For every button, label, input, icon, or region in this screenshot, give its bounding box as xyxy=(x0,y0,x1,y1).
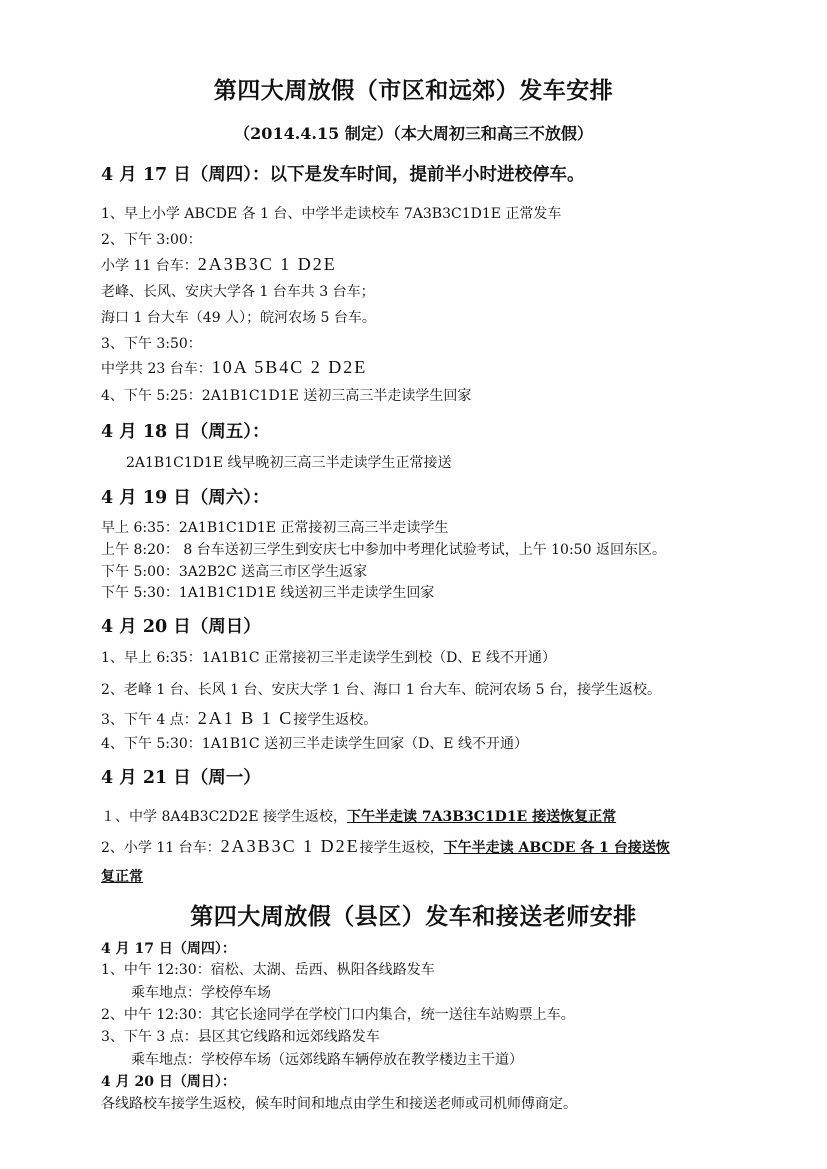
bus-codes: 10A 5B4C 2 D2E xyxy=(212,357,368,377)
line: １、中学 8A4B3C2D2E 接学生返校，下午半走读 7A3B3C1D1E 接… xyxy=(101,806,616,826)
line-label: 小学 11 台车： xyxy=(101,258,198,274)
line: 中学共 23 台车：10A 5B4C 2 D2E xyxy=(101,357,367,378)
line-text: １、中学 8A4B3C2D2E 接学生返校， xyxy=(101,809,347,825)
line: 3、下午 4 点：2A1 B 1 C接学生返校。 xyxy=(101,708,377,729)
bus-codes: 2A1 B 1 C xyxy=(198,708,294,728)
underlined-note: 下午半走读 7A3B3C1D1E 接送恢复正常 xyxy=(347,809,616,825)
line-text: 接学生返校。 xyxy=(293,712,377,728)
heading-apr19: 4 月 19 日（周六）： xyxy=(101,484,270,509)
line: 3、下午 3:50： xyxy=(101,333,202,353)
underlined-note: 下午半走读 ABCDE 各 1 台接送恢 xyxy=(444,840,670,856)
line-label: 中学共 23 台车： xyxy=(101,361,212,377)
line: 乘车地点：学校停车场（远郊线路车辆停放在教学楼边主干道） xyxy=(131,1049,523,1069)
line: 2、小学 11 台车：2A3B3C 1 D2E接学生返校，下午半走读 ABCDE… xyxy=(101,836,670,857)
line: 2A1B1C1D1E 线早晚初三高三半走读学生正常接送 xyxy=(126,452,452,472)
line-text: 接学生返校， xyxy=(360,840,444,856)
line: 4、下午 5:25：2A1B1C1D1E 送初三高三半走读学生回家 xyxy=(101,385,471,405)
line: 老峰、长风、安庆大学各 1 台车共 3 台车； xyxy=(101,281,375,301)
line: 早上 6:35：2A1B1C1D1E 正常接初三高三半走读学生 xyxy=(101,517,448,537)
line: 小学 11 台车：2A3B3C 1 D2E xyxy=(101,254,337,275)
bus-codes: 2A3B3C 1 D2E xyxy=(198,254,337,274)
line: 乘车地点：学校停车场 xyxy=(131,982,271,1002)
line: 4、下午 5:30：1A1B1C 送初三半走读学生回家（D、E 线不开通） xyxy=(101,733,528,753)
line: 1、中午 12:30：宿松、太湖、岳西、枞阳各线路发车 xyxy=(101,959,435,979)
line: 复正常 xyxy=(101,866,143,886)
heading-apr17: 4 月 17 日（周四）：以下是发车时间，提前半小时进校停车。 xyxy=(101,161,585,186)
line-label: 3、下午 4 点： xyxy=(101,712,198,728)
line: 1、早上 6:35：1A1B1C 正常接初三半走读学生到校（D、E 线不开通） xyxy=(101,647,556,667)
line: 各线路校车接学生返校，候车时间和地点由学生和接送老师或司机师傅商定。 xyxy=(101,1093,577,1113)
heading-apr18: 4 月 18 日（周五）： xyxy=(101,418,270,443)
line: 1、早上小学 ABCDE 各 1 台、中学半走读校车 7A3B3C1D1E 正常… xyxy=(101,203,561,223)
line: 上午 8:20： 8 台车送初三学生到安庆七中参加中考理化试验考试，上午 10:… xyxy=(101,539,666,559)
line: 2、中午 12:30：其它长途同学在学校门口内集合，统一送往车站购票上车。 xyxy=(101,1004,575,1024)
heading-apr20: 4 月 20 日（周日） xyxy=(101,613,261,638)
line: 海口 1 台大车（49 人）；皖河农场 5 台车。 xyxy=(101,307,376,327)
line: 下午 5:30：1A1B1C1D1E 线送初三半走读学生回家 xyxy=(101,582,434,602)
line: 3、下午 3 点：县区其它线路和远郊线路发车 xyxy=(101,1026,380,1046)
title-city: 第四大周放假（市区和远郊）发车安排 xyxy=(0,72,827,105)
underlined-note: 复正常 xyxy=(101,869,143,885)
line: 2、下午 3:00： xyxy=(101,229,202,249)
title-county: 第四大周放假（县区）发车和接送老师安排 xyxy=(0,898,827,931)
heading-apr21: 4 月 21 日（周一） xyxy=(101,764,261,789)
heading-county-apr17: 4 月 17 日（周四）： xyxy=(101,938,236,958)
line-label: 2、小学 11 台车： xyxy=(101,840,221,856)
heading-county-apr20: 4 月 20 日（周日）： xyxy=(101,1071,236,1091)
bus-codes: 2A3B3C 1 D2E xyxy=(221,836,360,856)
line: 2、老峰 1 台、长风 1 台、安庆大学 1 台、海口 1 台大车、皖河农场 5… xyxy=(101,679,661,699)
line: 下午 5:00：3A2B2C 送高三市区学生返家 xyxy=(101,561,367,581)
subtitle: （2014.4.15 制定）（本大周初三和高三不放假） xyxy=(0,121,827,144)
